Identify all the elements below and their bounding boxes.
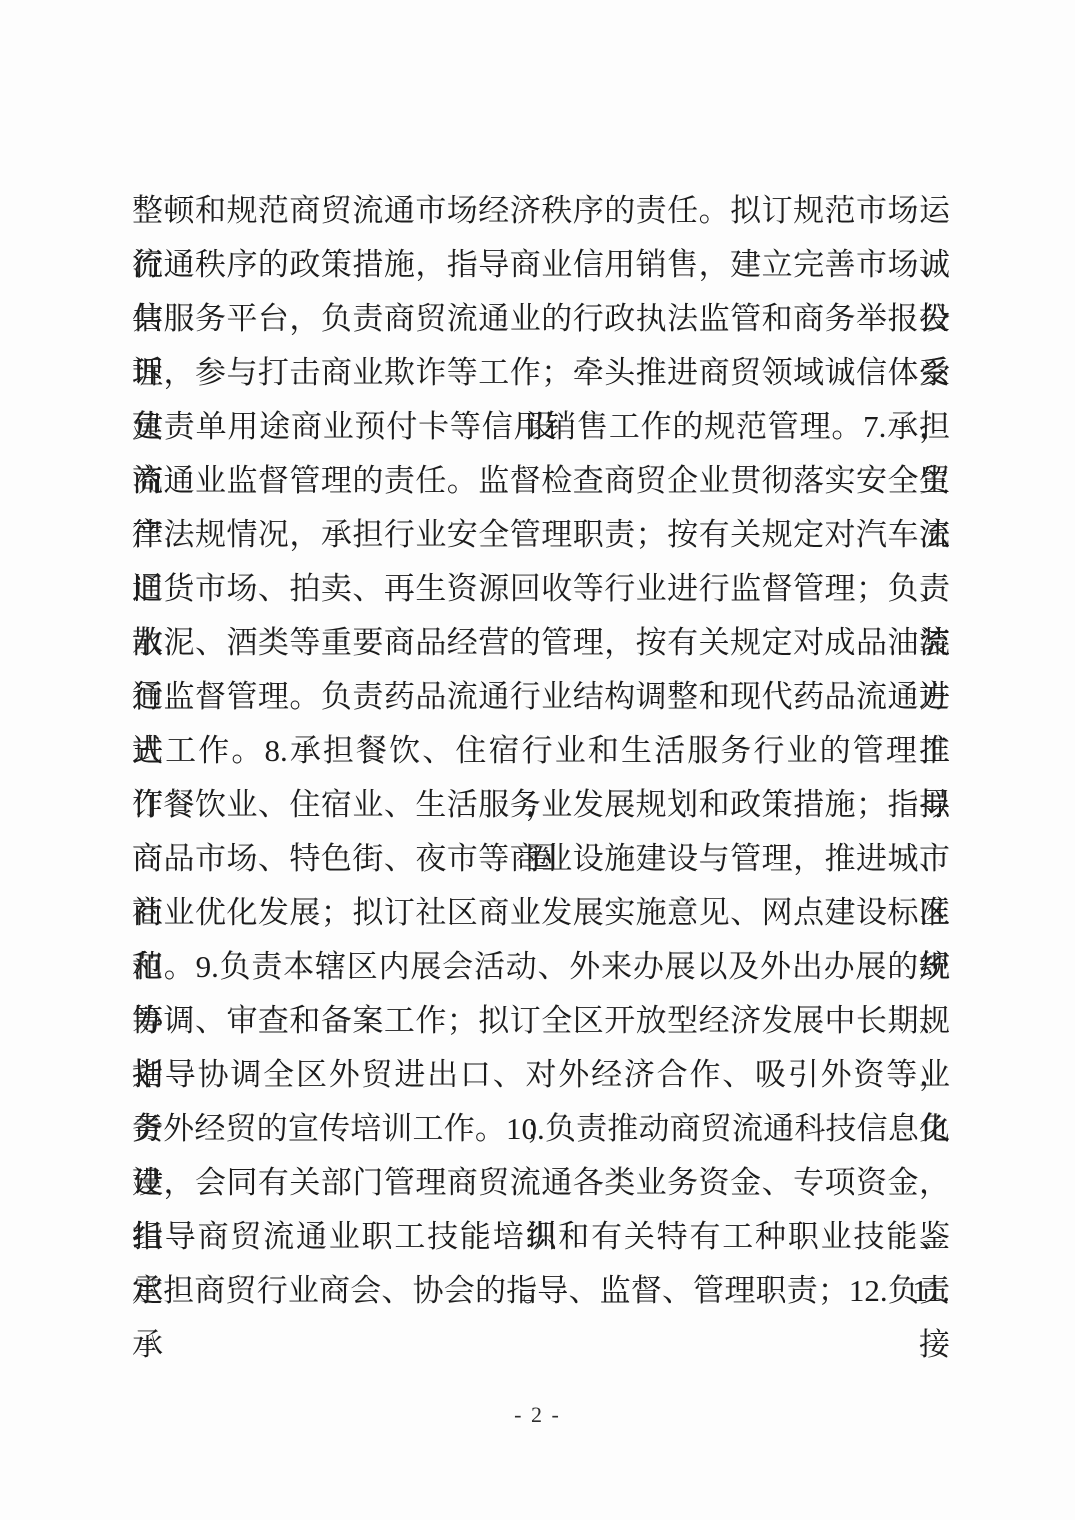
text-line: 理，参与打击商业欺诈等工作；牵头推进商贸领域诚信体系建设， [132,346,950,400]
text-line: 订餐饮业、住宿业、生活服务业发展规划和政策措施；指导商圈、 [132,778,950,832]
text-line: 进工作。8.承担餐饮、住宿行业和生活服务行业的管理工作，拟 [132,724,950,778]
document-body: 整顿和规范商贸流通市场经济秩序的责任。拟订规范市场运行、 流通秩序的政策措施，指… [132,184,950,1318]
document-page: 整顿和规范商贸流通市场经济秩序的责任。拟订规范市场运行、 流通秩序的政策措施，指… [0,0,1075,1520]
text-line: 设，会同有关部门管理商贸流通各类业务资金、专项资金，组织、 [132,1156,950,1210]
text-line: 律法规情况，承担行业安全管理职责；按有关规定对汽车流通、 [132,508,950,562]
text-line: 流通秩序的政策措施，指导商业信用销售，建立完善市场诚信公 [132,238,950,292]
text-line: 流通业监督管理的责任。监督检查商贸企业贯彻落实安全生产法 [132,454,950,508]
text-line: 责外经贸的宣传培训工作。10.负责推动商贸流通科技信息化建 [132,1102,950,1156]
text-line: 共服务平台，负责商贸流通业的行政执法监管和商务举报投诉受 [132,292,950,346]
text-line: 指导协调全区外贸进出口、对外经济合作、吸引外资等业务；负 [132,1048,950,1102]
page-number: - 2 - [0,1402,1075,1428]
text-line: 商业优化发展；拟订社区商业发展实施意见、网点建设标准和规 [132,886,950,940]
text-line: 指导商贸流通业职工技能培训和有关特有工种职业技能鉴定。11. [132,1210,950,1264]
text-line: 负责单用途商业预付卡等信用销售工作的规范管理。7.承担商贸 [132,400,950,454]
text-line: 承担商贸行业商会、协会的指导、监督、管理职责；12.负责承接 [132,1264,950,1318]
text-line: 商品市场、特色街、夜市等商业设施建设与管理，推进城市社区 [132,832,950,886]
text-line: 水泥、酒类等重要商品经营的管理，按有关规定对成品油流通进 [132,616,950,670]
text-line: 旧货市场、拍卖、再生资源回收等行业进行监督管理；负责散装 [132,562,950,616]
text-line: 整顿和规范商贸流通市场经济秩序的责任。拟订规范市场运行、 [132,184,950,238]
text-line: 范。9.负责本辖区内展会活动、外来办展以及外出办展的统筹、 [132,940,950,994]
text-line: 行监督管理。负责药品流通行业结构调整和现代药品流通方式推 [132,670,950,724]
text-line: 协调、审查和备案工作；拟订全区开放型经济发展中长期规划， [132,994,950,1048]
